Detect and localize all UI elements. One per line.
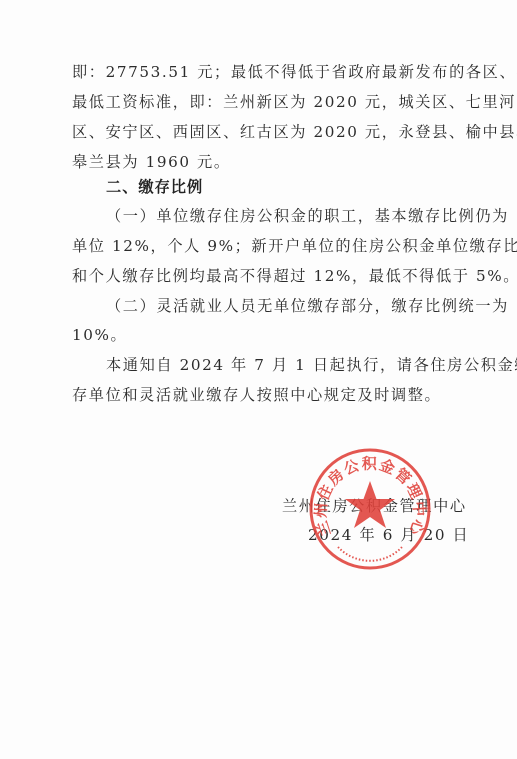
- paragraph-line: 和个人缴存比例均最高不得超过 12%，最低不得低于 5%。: [72, 266, 517, 286]
- paragraph-line: （一）单位缴存住房公积金的职工，基本缴存比例仍为: [106, 206, 509, 226]
- paragraph-line: 最低工资标准，即：兰州新区为 2020 元，城关区、七里河: [72, 92, 516, 112]
- official-seal: 兰州住房公积金管理中心: [308, 447, 432, 571]
- section-heading: 二、缴存比例: [106, 177, 203, 197]
- paragraph-line: 即：27753.51 元；最低不得低于省政府最新发布的各区、县: [72, 62, 517, 82]
- paragraph-line: 皋兰县为 1960 元。: [72, 152, 231, 172]
- paragraph-line: 区、安宁区、西固区、红古区为 2020 元，永登县、榆中县、: [72, 122, 517, 142]
- star-icon: [345, 481, 395, 528]
- paragraph-line: 单位 12%，个人 9%；新开户单位的住房公积金单位缴存比例: [72, 236, 517, 256]
- paragraph-line: 本通知自 2024 年 7 月 1 日起执行，请各住房公积金缴: [106, 355, 517, 375]
- document-page: 即：27753.51 元；最低不得低于省政府最新发布的各区、县 最低工资标准，即…: [0, 0, 517, 759]
- paragraph-line: 10%。: [72, 325, 127, 345]
- paragraph-line: 存单位和灵活就业缴存人按照中心规定及时调整。: [72, 385, 441, 405]
- paragraph-line: （二）灵活就业人员无单位缴存部分，缴存比例统一为: [106, 296, 509, 316]
